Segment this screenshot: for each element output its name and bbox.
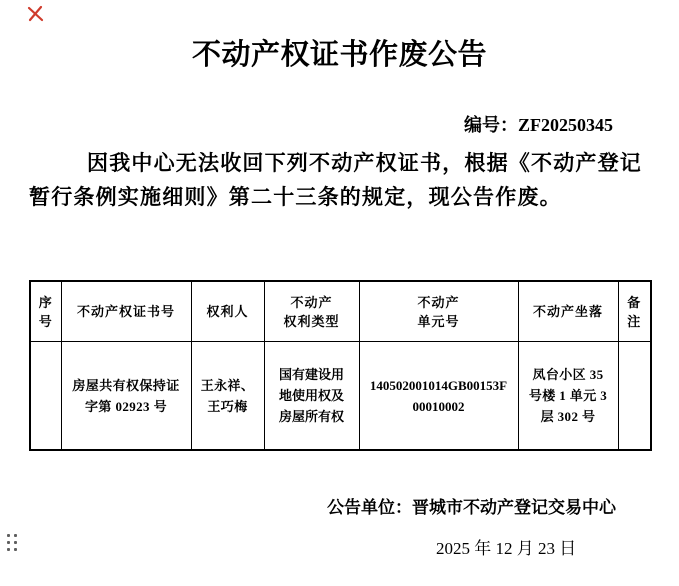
date-line: 2025 年 12 月 23 日 [436, 534, 576, 559]
handle-dot [14, 548, 17, 551]
handle-dot [7, 548, 10, 551]
col-header-cert-no: 不动产权证书号 [61, 281, 191, 342]
cell-remark [618, 342, 651, 451]
cell-cert-no: 房屋共有权保持证 字第 02923 号 [61, 342, 191, 451]
announcement-title: 不动产权证书作废公告 [0, 32, 679, 73]
handle-dot [7, 534, 10, 537]
issuer-line: 公告单位：晋城市不动产登记交易中心 [327, 493, 616, 518]
cell-location: 凤台小区 35 号楼 1 单元 3 层 302 号 [518, 342, 618, 451]
table-header-row: 序 号 不动产权证书号 权利人 不动产 权利类型 不动产 单元号 不动产坐落 备… [30, 281, 651, 342]
announcement-body: 因我中心无法收回下列不动产权证书，根据《不动产登记 暂行条例实施细则》第二十三条… [29, 146, 653, 214]
handle-dot [14, 541, 17, 544]
cell-unit-no: 140502001014GB00153F 00010002 [359, 342, 518, 451]
handle-dot [14, 534, 17, 537]
col-header-location: 不动产坐落 [518, 281, 618, 342]
col-header-right-type: 不动产 权利类型 [264, 281, 359, 342]
col-header-remark: 备注 [618, 281, 651, 342]
handle-dot [7, 541, 10, 544]
col-header-holder: 权利人 [191, 281, 264, 342]
document-page: 不动产权证书作废公告 编号：ZF20250345 因我中心无法收回下列不动产权证… [0, 0, 679, 586]
table-row: 房屋共有权保持证 字第 02923 号 王永祥、 王巧梅 国有建设用 地使用权及… [30, 342, 651, 451]
cell-holder: 王永祥、 王巧梅 [191, 342, 264, 451]
red-scribble-icon [26, 5, 46, 23]
col-header-seq: 序 号 [30, 281, 61, 342]
col-header-unit-no: 不动产 单元号 [359, 281, 518, 342]
drag-handle-icon[interactable] [7, 534, 17, 551]
cell-seq [30, 342, 61, 451]
reference-number: 编号：ZF20250345 [464, 111, 613, 137]
certificates-table: 序 号 不动产权证书号 权利人 不动产 权利类型 不动产 单元号 不动产坐落 备… [29, 280, 652, 451]
cell-right-type: 国有建设用 地使用权及 房屋所有权 [264, 342, 359, 451]
